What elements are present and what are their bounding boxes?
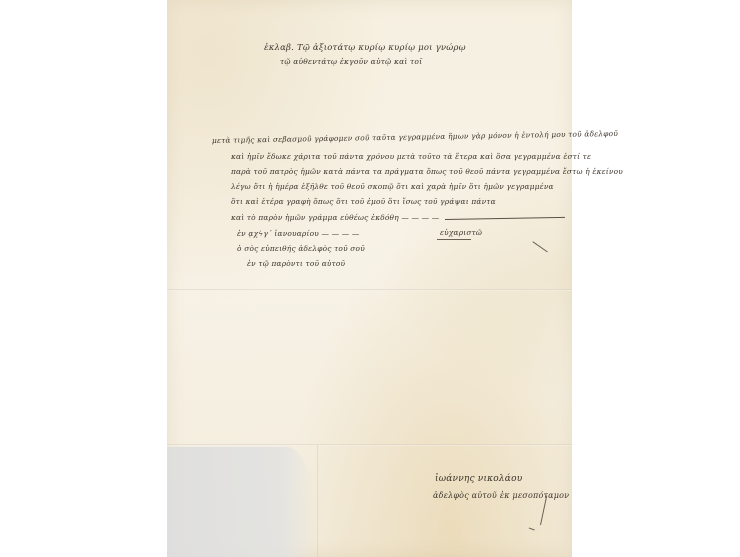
page-canvas: ἐκλαβ. Τῷ ἀξιοτάτῳ κυρίῳ κυρίῳ μοι γνώρῳ… [0, 0, 740, 557]
body-line-4: λέγω ὅτι ἡ ἡμέρα ἐξῆλθε τοῦ θεοῦ σκοπῷ ὅ… [231, 182, 554, 191]
body-line-3: παρὰ τοῦ πατρὸς ἡμῶν κατὰ πάντα τα πράγμ… [231, 167, 623, 176]
heading-line-1: ἐκλαβ. Τῷ ἀξιοτάτῳ κυρίῳ κυρίῳ μοι γνώρῳ [264, 43, 466, 53]
body-line-6: καὶ τὸ παρὸν ἡμῶν γράμμα εὐθέως ἐκδόθη —… [231, 213, 439, 222]
body-line-8: ὁ σὸς εὐπειθής ἀδελφὸς τοῦ σοῦ [237, 244, 365, 253]
discolored-region [167, 447, 317, 557]
signature-line-1: ἰωάννης νικολάου [435, 474, 522, 484]
fold-line-vertical [317, 445, 318, 557]
body-line-9: ἐν τῷ παρὸντι τοῦ αὐτοῦ [247, 259, 345, 268]
closing-underline [437, 239, 471, 240]
manuscript-sheet: ἐκλαβ. Τῷ ἀξιοτάτῳ κυρίῳ κυρίῳ μοι γνώρῳ… [167, 0, 572, 557]
fold-line-lower [167, 444, 572, 446]
body-line-5: ὅτι καὶ ἑτέρα γραφὴ ὅπως ὅτι τοῦ ἐμοῦ ὅτ… [231, 197, 496, 206]
date-line: ἐν ᾳχϟγ΄ ἰανουαρίου — — — — [237, 229, 359, 238]
closing-word: εὐχαριστῶ [440, 228, 482, 237]
signature-flourish-tail [529, 527, 535, 530]
body-line-1: μετὰ τιμῆς καὶ σεβασμοῦ γράφομεν σοῦ ταῦ… [212, 129, 618, 145]
signature-line-2: ἀδελφὸς αὐτοῦ ἐκ μεσοπόταμον [433, 491, 569, 500]
heading-line-2: τῷ αὐθεντάτῳ ἐκγοῦν αὐτῷ καὶ τοῖ [280, 57, 422, 66]
body-line-2: καὶ ἡμῖν ἔδωκε χάριτα τοῦ πάντα χρόνου μ… [231, 152, 591, 161]
fold-line-upper [167, 289, 572, 291]
check-mark-icon [532, 241, 547, 252]
filler-rule-1 [445, 217, 565, 220]
